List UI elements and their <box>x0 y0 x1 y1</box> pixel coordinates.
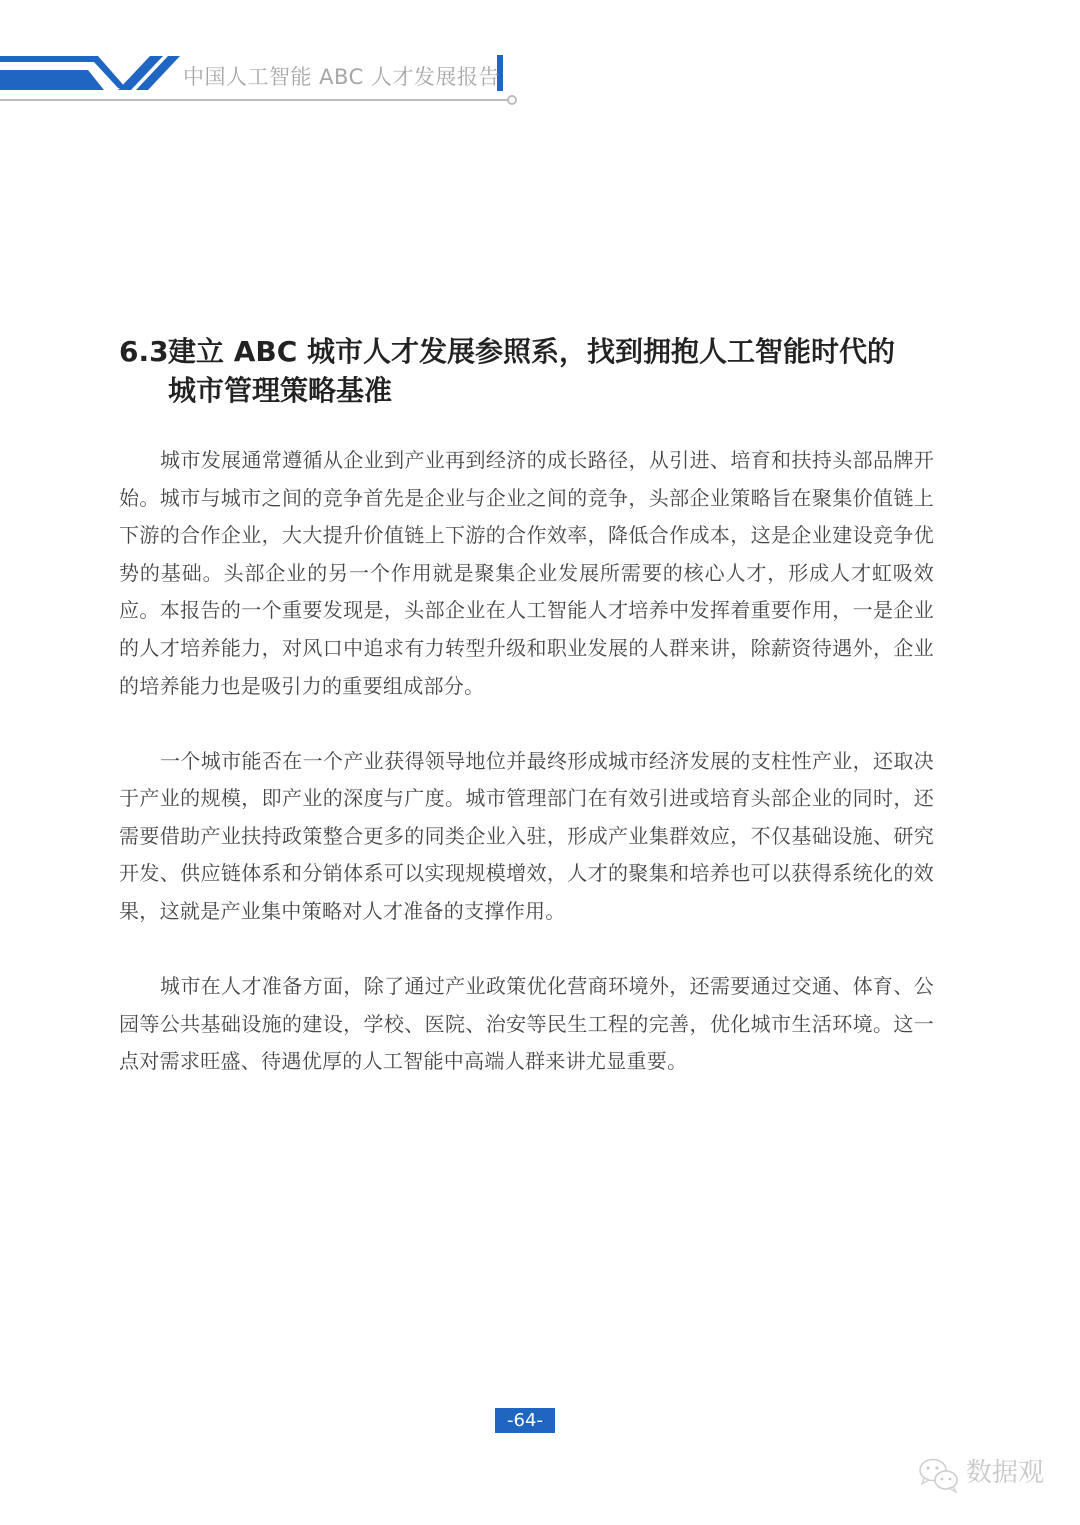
watermark-text: 数据观 <box>966 1457 1044 1489</box>
paragraph: 一个城市能否在一个产业获得领导地位并最终形成城市经济发展的支柱性产业，还取决于产… <box>119 743 934 931</box>
header-decoration-icon <box>0 0 530 110</box>
section-title-line1: 建立 ABC 城市人才发展参照系，找到拥抱人工智能时代的 <box>168 335 895 368</box>
paragraph: 城市在人才准备方面，除了通过产业政策优化营商环境外，还需要通过交通、体育、公园等… <box>119 968 934 1081</box>
watermark: 数据观 <box>918 1455 1058 1495</box>
report-title: 中国人工智能 ABC 人才发展报告 <box>183 62 500 92</box>
body-text: 城市发展通常遵循从企业到产业再到经济的成长路径，从引进、培育和扶持头部品牌开始。… <box>119 442 934 1118</box>
page-number: -64- <box>495 1408 555 1433</box>
section-number: 6.3 <box>119 332 168 371</box>
paragraph: 城市发展通常遵循从企业到产业再到经济的成长路径，从引进、培育和扶持头部品牌开始。… <box>119 442 934 705</box>
section-title-line2: 城市管理策略基准 <box>119 371 949 410</box>
wechat-icon <box>918 1457 962 1495</box>
page-header: 中国人工智能 ABC 人才发展报告 <box>0 0 1080 110</box>
section-heading: 6.3建立 ABC 城市人才发展参照系，找到拥抱人工智能时代的 城市管理策略基准 <box>119 332 949 410</box>
